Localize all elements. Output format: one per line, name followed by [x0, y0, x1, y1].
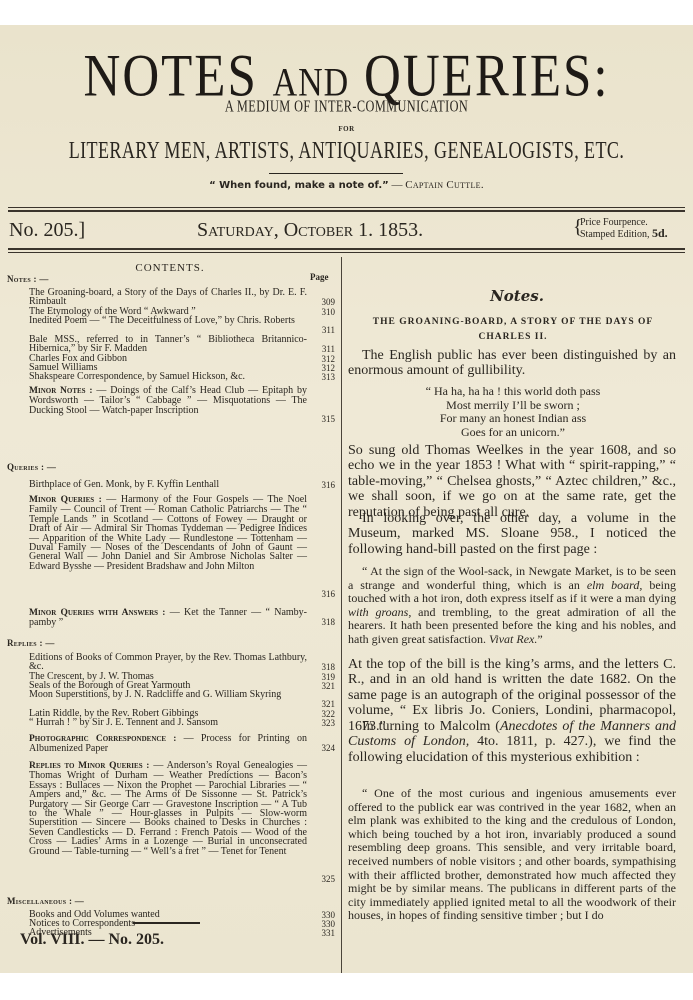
- entry-page: 318: [322, 663, 336, 672]
- entry-text: “ Hurrah ! ” by Sir J. E. Tennent and J.…: [29, 718, 335, 727]
- article-title-line-2: CHARLES II.: [348, 330, 678, 345]
- contents-entry[interactable]: Editions of Books of Common Prayer, by t…: [29, 653, 335, 672]
- entry-page: 311: [322, 326, 335, 335]
- verse-line: Goes for an unicorn.”: [348, 426, 678, 440]
- quote-text: “ One of the most curious and ingenious …: [348, 786, 676, 922]
- price-line-2-text: Stamped Edition,: [580, 229, 652, 240]
- issue-date: Saturday, October 1. 1853.: [197, 219, 423, 242]
- entry-text: Photographic Correspondence : — Process …: [29, 734, 335, 754]
- entry-text: Inedited Poem — “ The Deceitfulness of L…: [29, 316, 335, 325]
- entry-text: The Groaning-board, a Story of the Days …: [29, 288, 335, 307]
- entry-page: 324: [322, 744, 336, 753]
- column-divider: [341, 257, 342, 973]
- entry-text: Editions of Books of Common Prayer, by t…: [29, 653, 335, 672]
- masthead-subtitle: A MEDIUM OF INTER-COMMUNICATION: [62, 98, 630, 118]
- masthead-rule: [269, 173, 403, 174]
- header-rule-top-thick: [8, 210, 685, 212]
- section-label-notes: Notes : —: [7, 274, 49, 284]
- section-label-queries: Queries : —: [7, 462, 56, 472]
- handbill-end: ”: [537, 632, 542, 646]
- entry-text: Birthplace of Gen. Monk, by F. Kyffin Le…: [29, 480, 335, 489]
- verse-line: Most merrily I’ll be sworn ;: [348, 399, 678, 413]
- article-paragraph-2: In looking over, the other day, a volume…: [348, 511, 676, 557]
- contents-entry-minor-queries-answers[interactable]: Minor Queries with Answers : — Ket the T…: [29, 608, 335, 627]
- contents-entry[interactable]: Shakspeare Correspondence, by Samuel Hic…: [29, 372, 335, 382]
- handbill-groans: with groans,: [348, 605, 411, 619]
- handbill-elm: elm board,: [587, 578, 643, 592]
- article-verse: “ Ha ha, ha ha ! this world doth pass Mo…: [348, 385, 678, 439]
- article-paragraph-4: In turning to Malcolm (Anecdotes of the …: [348, 719, 676, 765]
- entry-page: 309: [322, 298, 336, 307]
- intro-text: The English public has ever been disting…: [348, 348, 676, 378]
- entry-page: 321: [322, 700, 336, 709]
- header-rule-bottom-thin: [8, 252, 685, 253]
- section-label-miscellaneous: Miscellaneous : —: [7, 896, 84, 906]
- entry-page: 315: [322, 415, 336, 424]
- contents-entry[interactable]: Bale MSS., referred to in Tanner’s “ Bib…: [29, 335, 335, 354]
- page-column-header: Page: [310, 272, 329, 282]
- contents-entry-replies-minor[interactable]: Replies to Minor Queries : — Anderson’s …: [29, 761, 335, 884]
- notes-section-heading: Notes.: [341, 287, 693, 305]
- motto-attribution: Captain Cuttle.: [405, 179, 484, 191]
- motto-quote: “ When found, make a note of.”: [209, 180, 389, 191]
- entry-text: Minor Notes : — Doings of the Calf’s Hea…: [29, 386, 335, 415]
- entry-text: Replies to Minor Queries : — Anderson’s …: [29, 761, 335, 856]
- verse-line: “ Ha ha, ha ha ! this world doth pass: [348, 385, 678, 399]
- issue-number: No. 205.]: [9, 219, 85, 242]
- entry-text: Shakspeare Correspondence, by Samuel Hic…: [29, 372, 335, 381]
- malcolm-quote: “ One of the most curious and ingenious …: [348, 787, 676, 923]
- motto-dash: —: [389, 179, 406, 191]
- price-line-2: Stamped Edition, 5d.: [580, 228, 668, 240]
- entry-page: 331: [322, 929, 336, 938]
- price-info: { Price Fourpence. Stamped Edition, 5d.: [580, 218, 668, 240]
- price-stamped: 5d.: [652, 226, 668, 240]
- entry-page: 316: [322, 481, 336, 490]
- article-paragraph-1: So sung old Thomas Weelkes in the year 1…: [348, 443, 676, 520]
- contents-entry[interactable]: Inedited Poem — “ The Deceitfulness of L…: [29, 316, 335, 335]
- masthead-for: FOR: [0, 125, 693, 133]
- contents-heading: CONTENTS.: [0, 262, 340, 274]
- replies-minor-text: — Anderson’s Royal Genealogies — Thomas …: [29, 760, 307, 857]
- para4-text: In turning to Malcolm (: [348, 719, 500, 734]
- masthead-motto: “ When found, make a note of.” — Captain…: [0, 179, 693, 191]
- entry-text: Minor Queries with Answers : — Ket the T…: [29, 608, 335, 628]
- article-title: THE GROANING-BOARD, A STORY OF THE DAYS …: [348, 315, 678, 345]
- verse-line: For many an honest Indian ass: [348, 412, 678, 426]
- entry-page: 316: [322, 590, 336, 599]
- masthead-audience: LITERARY MEN, ARTISTS, ANTIQUARIES, GENE…: [62, 135, 630, 164]
- contents-entry-minor-queries[interactable]: Minor Queries : — Harmony of the Four Go…: [29, 495, 335, 599]
- contents-entry-photographic[interactable]: Photographic Correspondence : — Process …: [29, 734, 335, 753]
- entry-text: Bale MSS., referred to in Tanner’s “ Bib…: [29, 335, 335, 354]
- contents-entry[interactable]: The Groaning-board, a Story of the Days …: [29, 288, 335, 307]
- para2-text: In looking over, the other day, a volume…: [348, 511, 676, 557]
- minor-queries-text: — Harmony of the Four Gospels — The Noel…: [29, 494, 307, 572]
- contents-entry[interactable]: “ Hurrah ! ” by Sir J. E. Tennent and J.…: [29, 718, 335, 728]
- entry-page: 323: [322, 719, 336, 728]
- entry-page: 325: [322, 875, 336, 884]
- section-label-replies: Replies : —: [7, 638, 55, 648]
- contents-entry-minor-notes[interactable]: Minor Notes : — Doings of the Calf’s Hea…: [29, 386, 335, 424]
- issue-bar: No. 205.] Saturday, October 1. 1853. { P…: [0, 217, 693, 247]
- volume-line: Vol. VIII. — No. 205.: [20, 931, 164, 949]
- article-intro: The English public has ever been disting…: [348, 348, 676, 379]
- price-brace-icon: {: [573, 218, 583, 236]
- contents-entry[interactable]: Birthplace of Gen. Monk, by F. Kyffin Le…: [29, 480, 335, 490]
- newspaper-page: NOTES AND QUERIES: A MEDIUM OF INTER-COM…: [0, 25, 693, 973]
- header-rule-top-thin: [8, 207, 685, 208]
- entry-page: 318: [322, 618, 336, 627]
- handbill-vivat: Vivat Rex.: [489, 632, 537, 646]
- entry-text: Minor Queries : — Harmony of the Four Go…: [29, 495, 335, 571]
- header-rule-bottom-thick: [8, 248, 685, 250]
- volume-rule: [133, 922, 200, 924]
- entry-page: 311: [322, 345, 335, 354]
- entry-text: Moon Superstitions, by J. N. Radcliffe a…: [29, 690, 335, 699]
- entry-page: 313: [322, 373, 336, 382]
- article-title-line-1: THE GROANING-BOARD, A STORY OF THE DAYS …: [348, 315, 678, 330]
- handbill-quote: “ At the sign of the Wool-sack, in Newga…: [348, 565, 676, 647]
- contents-entry[interactable]: Moon Superstitions, by J. N. Radcliffe a…: [29, 690, 335, 709]
